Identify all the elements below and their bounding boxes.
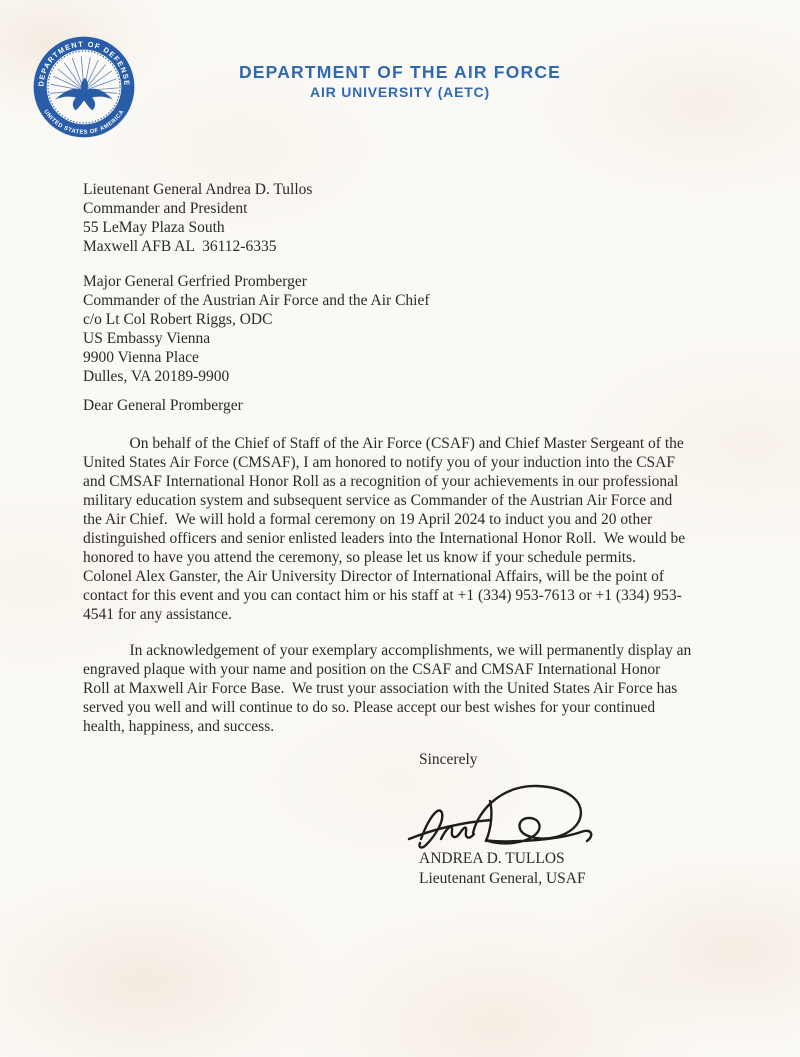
recipient-address: Major General Gerfried Promberger Comman… [83,272,430,386]
body-paragraph-2: In acknowledgement of your exemplary acc… [83,641,691,736]
letterhead: DEPARTMENT OF THE AIR FORCE AIR UNIVERSI… [0,61,800,101]
letter-page: DEPARTMENT OF DEFENSE UNITED STATES OF A… [0,0,800,1057]
signature-block: Sincerely ANDREA D. TULLOS Lieutenant Ge… [419,750,620,889]
signer-title: Lieutenant General, USAF [419,869,620,889]
signer-name: ANDREA D. TULLOS [419,849,620,869]
letterhead-department: DEPARTMENT OF THE AIR FORCE [0,61,800,83]
letterhead-organization: AIR UNIVERSITY (AETC) [0,83,800,101]
body-paragraph-1: On behalf of the Chief of Staff of the A… [83,434,685,624]
salutation: Dear General Promberger [83,396,243,415]
sender-address: Lieutenant General Andrea D. Tullos Comm… [83,180,312,256]
valediction: Sincerely [419,750,620,769]
